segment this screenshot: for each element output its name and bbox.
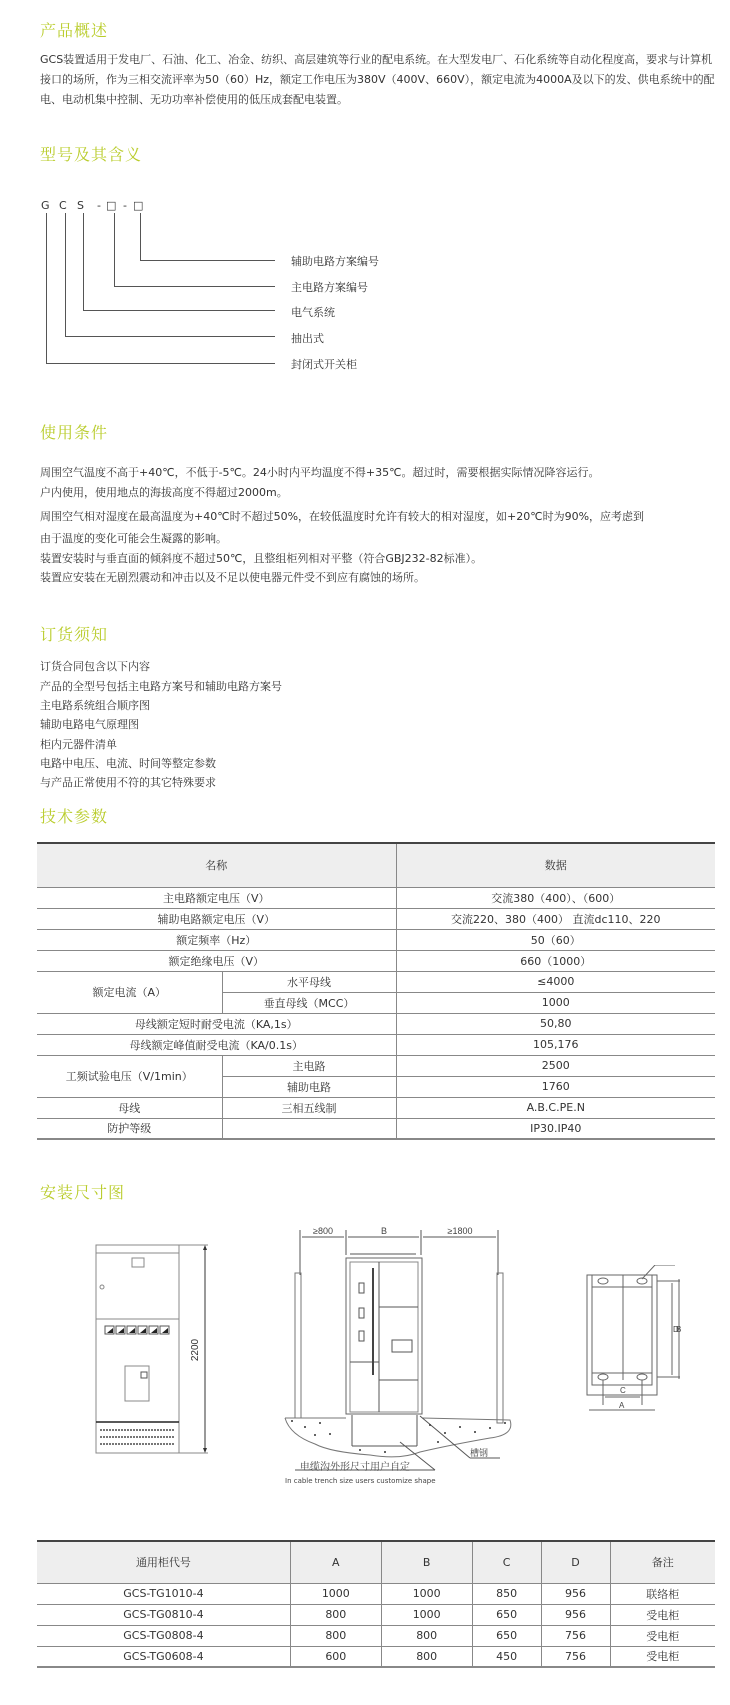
- trench-caption-cn: 电缆沟外形尺寸用户自定: [300, 1458, 410, 1473]
- model-box-main: □: [106, 199, 116, 212]
- param-name: 额定绝缘电压（V）: [37, 950, 396, 971]
- model-letter-c: C: [59, 199, 67, 212]
- param-subname: 主电路: [222, 1055, 396, 1076]
- cell-a: 1000: [290, 1583, 381, 1604]
- cell-b: 800: [381, 1646, 472, 1667]
- condition-line: 户内使用，使用地点的海拔高度不得超过2000m。: [40, 484, 288, 502]
- cell-remark: 受电柜: [610, 1604, 715, 1625]
- model-dash-1: -: [97, 199, 101, 212]
- param-name: 辅助电路额定电压（V）: [37, 908, 396, 929]
- ordering-item: 产品的全型号包括主电路方案号和辅助电路方案号: [40, 678, 282, 696]
- model-label-main-scheme: 主电路方案编号: [291, 279, 368, 295]
- condition-line: 装置应安装在无剧烈震动和冲击以及不足以使电器元件受不到应有腐蚀的场所。: [40, 569, 425, 587]
- model-letter-g: G: [41, 199, 50, 212]
- param-value: 交流220、380（400） 直流dc110、220: [396, 908, 715, 929]
- table-row: 额定频率（Hz） 50（60）: [37, 929, 715, 950]
- cell-b: 800: [381, 1625, 472, 1646]
- table-row: 母线额定短时耐受电流（KA,1s） 50,80: [37, 1013, 715, 1034]
- param-value: ≤4000: [396, 971, 715, 992]
- ordering-item: 电路中电压、电流、时间等整定参数: [40, 755, 216, 773]
- param-subname: 辅助电路: [222, 1076, 396, 1097]
- param-name: 防护等级: [37, 1118, 222, 1139]
- table-row: GCS-TG0808-4 800 800 650 756 受电柜: [37, 1625, 715, 1646]
- param-value: 660（1000）: [396, 950, 715, 971]
- header-data: 数据: [396, 843, 715, 887]
- base-c-label: C: [620, 1386, 626, 1395]
- param-subname: 水平母线: [222, 971, 396, 992]
- side-width-label: B: [381, 1226, 387, 1236]
- cell-a: 800: [290, 1604, 381, 1625]
- cell-d: 956: [541, 1583, 610, 1604]
- dimensions-table: 通用柜代号 A B C D 备注 GCS-TG1010-4 1000 1000 …: [37, 1540, 715, 1668]
- cell-b: 1000: [381, 1583, 472, 1604]
- model-box-aux: □: [133, 199, 143, 212]
- model-label-aux-scheme: 辅助电路方案编号: [291, 253, 379, 269]
- cell-remark: 联络柜: [610, 1583, 715, 1604]
- param-subname: [222, 1118, 396, 1139]
- conditions-heading: 使用条件: [40, 420, 108, 443]
- model-dash-2: -: [123, 199, 127, 212]
- cell-c: 450: [472, 1646, 541, 1667]
- condition-line: 由于温度的变化可能会生凝露的影响。: [40, 530, 227, 548]
- front-height-label: 2200: [190, 1338, 201, 1361]
- table-row: 母线额定峰值耐受电流（KA/0.1s） 105,176: [37, 1034, 715, 1055]
- ordering-item: 订货合同包含以下内容: [40, 658, 150, 676]
- side-view-diagram: ≥800 B ≥1800 槽钢: [260, 1220, 520, 1475]
- tech-params-table: 名称 数据 主电路额定电压（V） 交流380（400）、（600） 辅助电路额定…: [37, 842, 715, 1140]
- cell-d: 756: [541, 1646, 610, 1667]
- model-label-enclosed-switchgear: 封闭式开关柜: [291, 356, 357, 372]
- param-value: 交流380（400）、（600）: [396, 887, 715, 908]
- cell-d: 956: [541, 1604, 610, 1625]
- ordering-item: 柜内元器件清单: [40, 736, 117, 754]
- table-header-row: 通用柜代号 A B C D 备注: [37, 1541, 715, 1583]
- cell-a: 800: [290, 1625, 381, 1646]
- side-right-clearance: ≥1800: [448, 1226, 473, 1236]
- param-value: 2500: [396, 1055, 715, 1076]
- model-letter-s: S: [77, 199, 84, 212]
- condition-line: 装置安装时与垂直面的倾斜度不超过50℃，且整组柜列相对平整（符合GBJ232-8…: [40, 550, 482, 568]
- param-name: 母线: [37, 1097, 222, 1118]
- side-left-clearance: ≥800: [313, 1226, 333, 1236]
- param-value: 105,176: [396, 1034, 715, 1055]
- cell-model: GCS-TG0808-4: [37, 1625, 290, 1646]
- param-subname: 垂直母线（MCC）: [222, 992, 396, 1013]
- table-row: 辅助电路额定电压（V） 交流220、380（400） 直流dc110、220: [37, 908, 715, 929]
- cell-model: GCS-TG1010-4: [37, 1583, 290, 1604]
- param-name: 额定频率（Hz）: [37, 929, 396, 950]
- table-row: 额定绝缘电压（V） 660（1000）: [37, 950, 715, 971]
- header-a: A: [290, 1541, 381, 1583]
- model-heading: 型号及其含义: [40, 142, 142, 165]
- channel-steel-label: 槽钢: [470, 1447, 488, 1459]
- condition-line: 周围空气相对湿度在最高温度为+40℃时不超过50%，在较低温度时允许有较大的相对…: [40, 508, 644, 526]
- header-b: B: [381, 1541, 472, 1583]
- ordering-item: 主电路系统组合顺序图: [40, 697, 150, 715]
- header-c: C: [472, 1541, 541, 1583]
- param-value: A.B.C.PE.N: [396, 1097, 715, 1118]
- header-model: 通用柜代号: [37, 1541, 290, 1583]
- header-remark: 备注: [610, 1541, 715, 1583]
- model-label-withdrawable: 抽出式: [291, 330, 324, 346]
- cell-c: 650: [472, 1604, 541, 1625]
- table-row: 额定电流（A） 水平母线 ≤4000: [37, 971, 715, 992]
- cell-b: 1000: [381, 1604, 472, 1625]
- ordering-item: 辅助电路电气原理图: [40, 716, 139, 734]
- ordering-heading: 订货须知: [40, 622, 108, 645]
- header-d: D: [541, 1541, 610, 1583]
- cell-remark: 受电柜: [610, 1625, 715, 1646]
- param-name: 额定电流（A）: [37, 971, 222, 1013]
- cell-a: 600: [290, 1646, 381, 1667]
- base-b-label: B: [676, 1325, 681, 1334]
- header-name: 名称: [37, 843, 396, 887]
- param-name: 工频试验电压（V/1min）: [37, 1055, 222, 1097]
- condition-line: 周围空气温度不高于+40℃，不低于-5℃。24小时内平均温度不得+35℃。超过时…: [40, 464, 599, 482]
- cell-remark: 受电柜: [610, 1646, 715, 1667]
- ordering-item: 与产品正常使用不符的其它特殊要求: [40, 774, 216, 792]
- base-view-diagram: 4-14×30 D B C A: [580, 1265, 730, 1415]
- param-value: IP30.IP40: [396, 1118, 715, 1139]
- table-row: GCS-TG0810-4 800 1000 650 956 受电柜: [37, 1604, 715, 1625]
- cell-c: 850: [472, 1583, 541, 1604]
- param-value: 50（60）: [396, 929, 715, 950]
- param-name: 母线额定短时耐受电流（KA,1s）: [37, 1013, 396, 1034]
- param-name: 母线额定峰值耐受电流（KA/0.1s）: [37, 1034, 396, 1055]
- front-view-diagram: 2200: [90, 1240, 220, 1470]
- param-value: 50,80: [396, 1013, 715, 1034]
- param-name: 主电路额定电压（V）: [37, 887, 396, 908]
- overview-heading: 产品概述: [40, 18, 108, 41]
- table-row: 主电路额定电压（V） 交流380（400）、（600）: [37, 887, 715, 908]
- tech-heading: 技术参数: [40, 804, 108, 827]
- cell-model: GCS-TG0608-4: [37, 1646, 290, 1667]
- base-a-label: A: [619, 1401, 625, 1410]
- param-value: 1760: [396, 1076, 715, 1097]
- table-row: GCS-TG0608-4 600 800 450 756 受电柜: [37, 1646, 715, 1667]
- param-value: 1000: [396, 992, 715, 1013]
- table-header-row: 名称 数据: [37, 843, 715, 887]
- cell-model: GCS-TG0810-4: [37, 1604, 290, 1625]
- model-label-electrical-system: 电气系统: [291, 304, 335, 320]
- table-row: 母线 三相五线制 A.B.C.PE.N: [37, 1097, 715, 1118]
- overview-text: GCS装置适用于发电厂、石油、化工、冶金、纺织、高层建筑等行业的配电系统。在大型…: [40, 50, 720, 110]
- table-row: 工频试验电压（V/1min） 主电路 2500: [37, 1055, 715, 1076]
- table-row: 防护等级 IP30.IP40: [37, 1118, 715, 1139]
- param-subname: 三相五线制: [222, 1097, 396, 1118]
- cell-d: 756: [541, 1625, 610, 1646]
- trench-caption-en: In cable trench size users customize sha…: [285, 1477, 436, 1485]
- table-row: GCS-TG1010-4 1000 1000 850 956 联络柜: [37, 1583, 715, 1604]
- cell-c: 650: [472, 1625, 541, 1646]
- install-heading: 安装尺寸图: [40, 1180, 125, 1203]
